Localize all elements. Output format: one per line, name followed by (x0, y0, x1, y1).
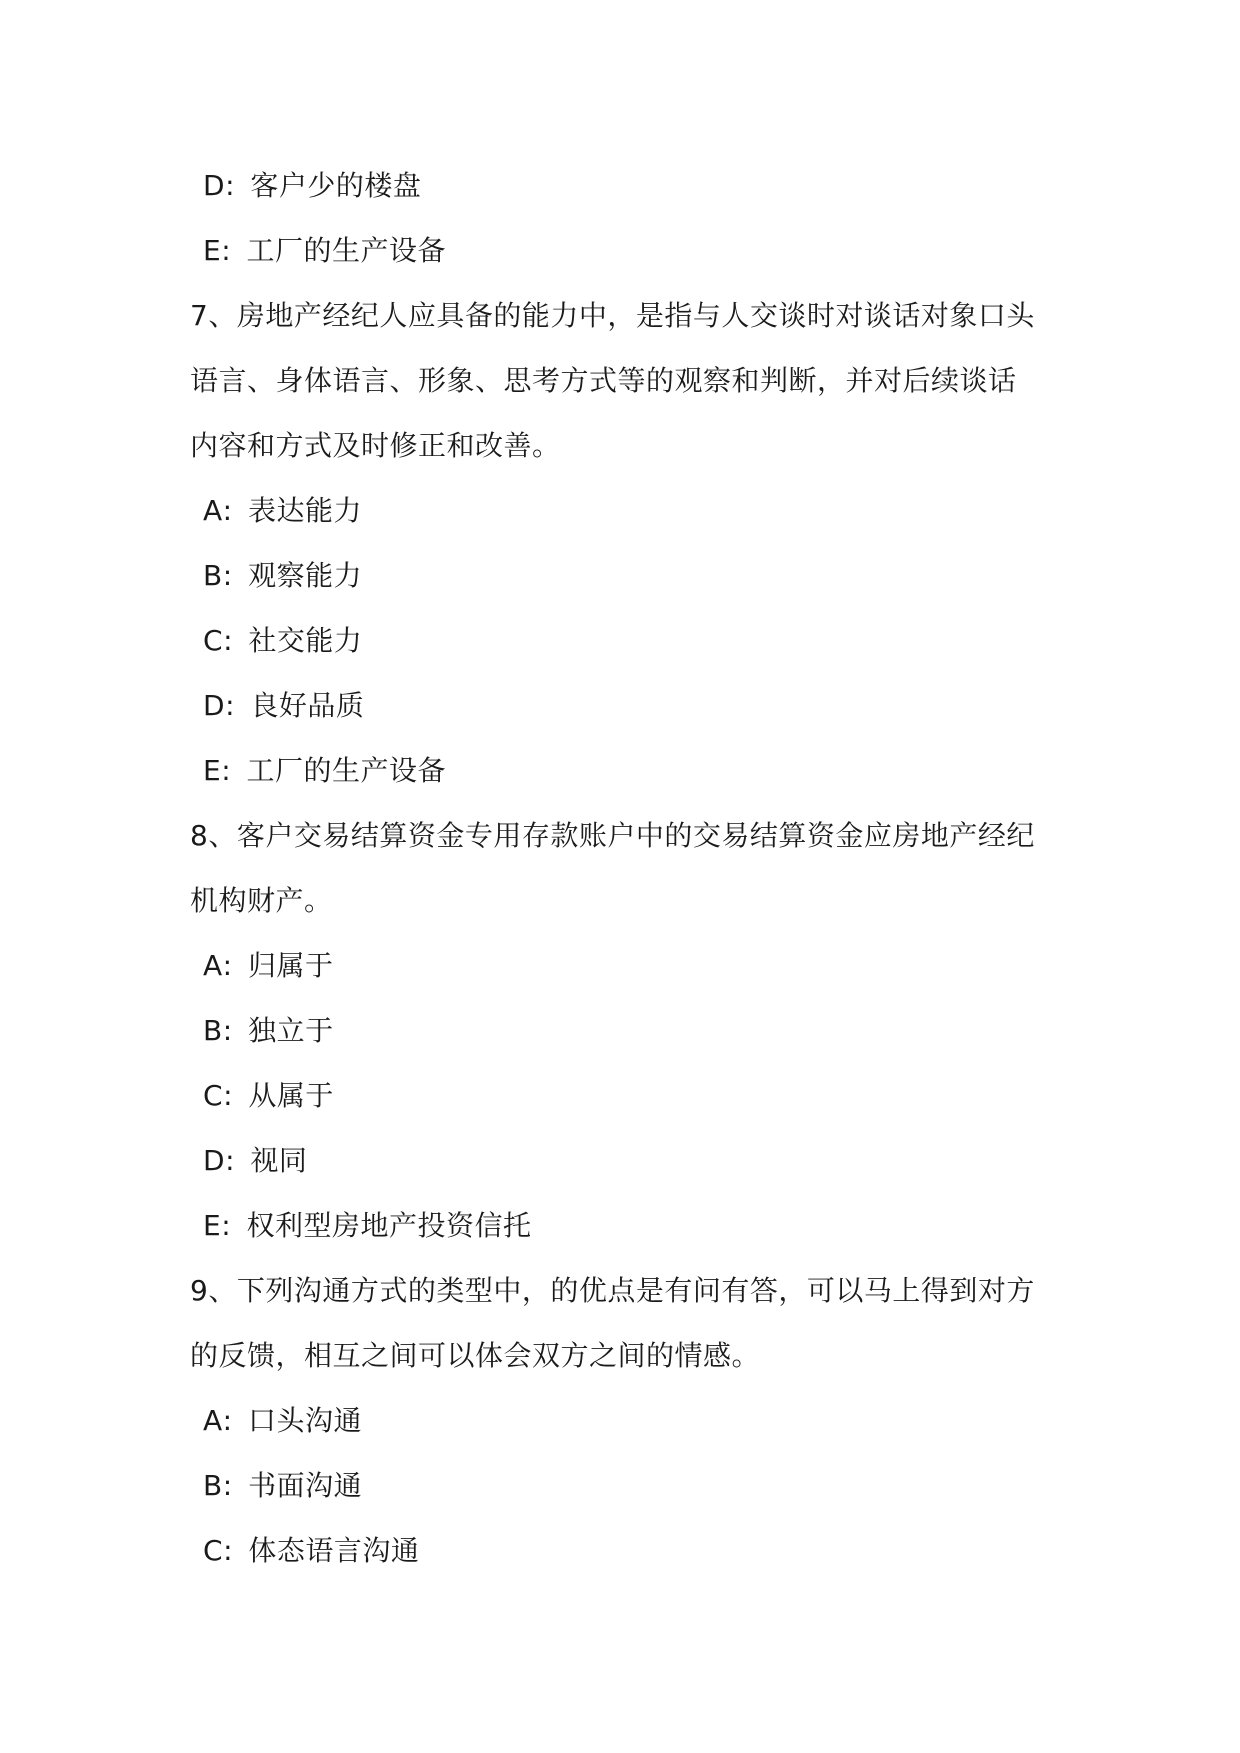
option-text: 观察能力 (248, 559, 362, 592)
option-q7-a: A: 表达能力 (190, 478, 1060, 543)
option-separator: : (223, 478, 233, 543)
option-key: D (203, 673, 225, 738)
option-text: 社交能力 (248, 624, 362, 657)
option-separator: : (225, 1128, 235, 1193)
option-separator: : (221, 1193, 231, 1258)
option-q7-c: C: 社交能力 (190, 608, 1060, 673)
option-separator: : (223, 933, 233, 998)
option-key: E (203, 218, 221, 283)
option-q6-d: D: 客户少的楼盘 (190, 153, 1060, 218)
option-key: D (203, 153, 225, 218)
option-key: B (203, 998, 223, 1063)
option-separator: : (223, 998, 233, 1063)
option-text: 权利型房地产投资信托 (247, 1209, 532, 1242)
document-content: D: 客户少的楼盘 E: 工厂的生产设备 7、房地产经纪人应具备的能力中，是指与… (190, 153, 1060, 1583)
option-key: A (203, 478, 223, 543)
question-line: 9、下列沟通方式的类型中，的优点是有问有答，可以马上得到对方 (190, 1258, 1060, 1323)
option-key: A (203, 1388, 223, 1453)
option-key: A (203, 933, 223, 998)
option-q8-d: D: 视同 (190, 1128, 1060, 1193)
option-key: C (203, 608, 223, 673)
option-q9-c: C: 体态语言沟通 (190, 1518, 1060, 1583)
option-key: C (203, 1518, 223, 1583)
option-separator: : (223, 608, 233, 673)
question-7: 7、房地产经纪人应具备的能力中，是指与人交谈时对谈话对象口头 语言、身体语言、形… (190, 283, 1060, 478)
option-key: D (203, 1128, 225, 1193)
option-key: B (203, 543, 223, 608)
option-text: 工厂的生产设备 (247, 754, 447, 787)
question-8: 8、客户交易结算资金专用存款账户中的交易结算资金应房地产经纪 机构财产。 (190, 803, 1060, 933)
option-separator: : (223, 1453, 233, 1518)
question-line: 语言、身体语言、形象、思考方式等的观察和判断，并对后续谈话 (190, 348, 1060, 413)
option-q7-b: B: 观察能力 (190, 543, 1060, 608)
option-q8-c: C: 从属于 (190, 1063, 1060, 1128)
option-separator: : (223, 1518, 233, 1583)
option-separator: : (223, 1063, 233, 1128)
option-key: E (203, 738, 221, 803)
option-separator: : (225, 673, 235, 738)
option-q8-e: E: 权利型房地产投资信托 (190, 1193, 1060, 1258)
option-text: 独立于 (248, 1014, 334, 1047)
question-line: 内容和方式及时修正和改善。 (190, 413, 1060, 478)
option-text: 良好品质 (250, 689, 364, 722)
option-separator: : (223, 543, 233, 608)
option-text: 表达能力 (248, 494, 362, 527)
option-separator: : (225, 153, 235, 218)
option-q8-a: A: 归属于 (190, 933, 1060, 998)
option-q9-b: B: 书面沟通 (190, 1453, 1060, 1518)
option-text: 归属于 (248, 949, 334, 982)
option-text: 视同 (250, 1144, 307, 1177)
option-separator: : (223, 1388, 233, 1453)
option-q8-b: B: 独立于 (190, 998, 1060, 1063)
option-key: E (203, 1193, 221, 1258)
option-q7-e: E: 工厂的生产设备 (190, 738, 1060, 803)
option-separator: : (221, 218, 231, 283)
option-key: C (203, 1063, 223, 1128)
question-line: 8、客户交易结算资金专用存款账户中的交易结算资金应房地产经纪 (190, 803, 1060, 868)
option-text: 书面沟通 (248, 1469, 362, 1502)
option-text: 从属于 (248, 1079, 334, 1112)
question-9: 9、下列沟通方式的类型中，的优点是有问有答，可以马上得到对方 的反馈，相互之间可… (190, 1258, 1060, 1388)
question-line: 7、房地产经纪人应具备的能力中，是指与人交谈时对谈话对象口头 (190, 283, 1060, 348)
option-q6-e: E: 工厂的生产设备 (190, 218, 1060, 283)
option-text: 口头沟通 (248, 1404, 362, 1437)
option-text: 客户少的楼盘 (250, 169, 421, 202)
option-separator: : (221, 738, 231, 803)
option-q7-d: D: 良好品质 (190, 673, 1060, 738)
question-line: 的反馈，相互之间可以体会双方之间的情感。 (190, 1323, 1060, 1388)
question-line: 机构财产。 (190, 868, 1060, 933)
option-text: 体态语言沟通 (248, 1534, 419, 1567)
option-text: 工厂的生产设备 (247, 234, 447, 267)
document-page: D: 客户少的楼盘 E: 工厂的生产设备 7、房地产经纪人应具备的能力中，是指与… (0, 0, 1240, 1753)
option-key: B (203, 1453, 223, 1518)
option-q9-a: A: 口头沟通 (190, 1388, 1060, 1453)
